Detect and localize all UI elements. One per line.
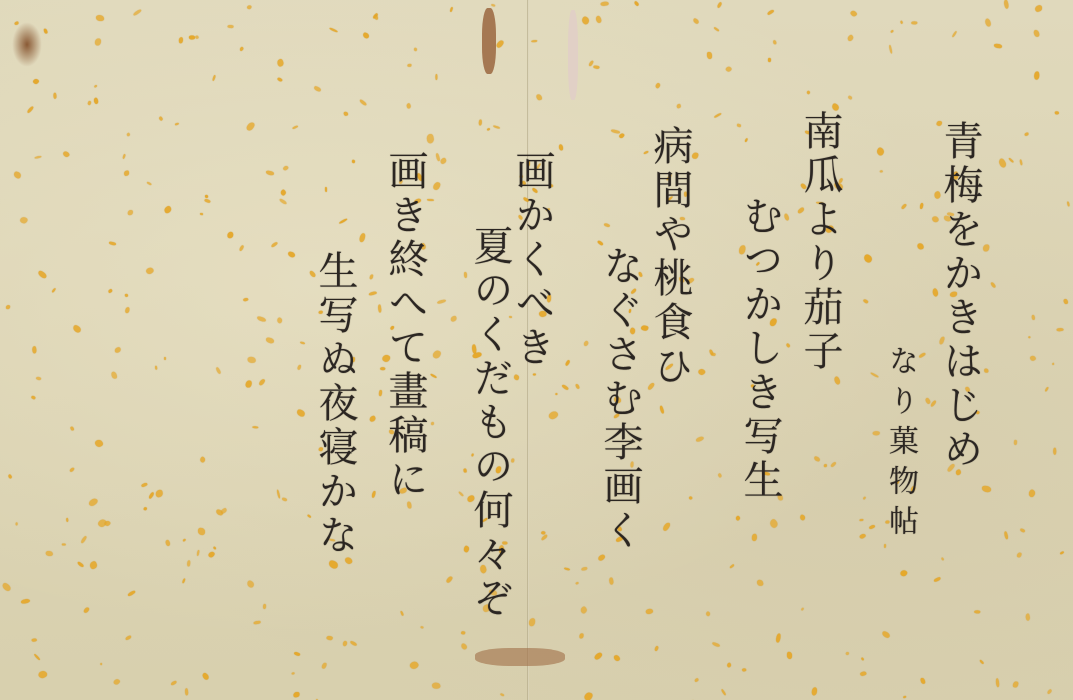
- gold-fleck: [292, 125, 298, 130]
- gold-fleck: [603, 222, 610, 228]
- gold-fleck: [773, 40, 777, 45]
- gold-fleck: [1055, 110, 1059, 114]
- gold-fleck: [941, 557, 945, 561]
- gold-fleck: [1057, 327, 1064, 331]
- gold-fleck: [858, 519, 863, 522]
- gold-fleck: [94, 85, 98, 89]
- gold-fleck: [757, 580, 764, 586]
- gold-fleck: [283, 164, 290, 171]
- gold-fleck: [252, 426, 258, 428]
- gold-fleck: [38, 669, 48, 679]
- gold-fleck: [440, 157, 447, 164]
- gold-fleck: [769, 518, 779, 528]
- gold-fleck: [710, 352, 715, 356]
- gold-fleck: [32, 78, 39, 85]
- gold-fleck: [984, 369, 988, 373]
- gold-fleck: [247, 4, 253, 10]
- gold-fleck: [7, 474, 12, 479]
- gold-fleck: [199, 456, 206, 463]
- gold-fleck: [528, 618, 535, 626]
- gold-fleck: [245, 121, 255, 132]
- gold-fleck: [95, 439, 104, 448]
- gold-fleck: [1060, 551, 1064, 555]
- gold-fleck: [165, 539, 171, 546]
- gold-fleck: [695, 435, 704, 442]
- gold-fleck: [258, 378, 266, 387]
- gold-fleck: [325, 187, 327, 192]
- pale-mark-top-center: [568, 10, 578, 100]
- gold-fleck: [69, 466, 75, 472]
- gold-fleck: [531, 40, 537, 42]
- gold-fleck: [414, 48, 418, 52]
- gold-fleck: [564, 568, 570, 571]
- gold-fleck: [198, 528, 205, 535]
- gold-fleck: [1052, 448, 1056, 456]
- gold-fleck: [742, 668, 747, 672]
- gold-fleck: [359, 233, 365, 242]
- gold-fleck: [207, 551, 215, 559]
- gold-fleck: [692, 18, 699, 25]
- gold-fleck: [245, 580, 254, 589]
- gold-fleck: [146, 181, 151, 186]
- gold-fleck: [6, 304, 11, 308]
- gold-fleck: [37, 270, 47, 279]
- gold-fleck: [1019, 529, 1025, 534]
- gold-fleck: [559, 144, 563, 151]
- gold-fleck: [212, 75, 216, 81]
- gold-fleck: [14, 21, 19, 25]
- gold-fleck: [307, 514, 312, 518]
- gold-fleck: [460, 643, 468, 651]
- gold-fleck: [32, 638, 37, 642]
- gold-fleck: [53, 93, 57, 99]
- gold-fleck: [446, 576, 453, 584]
- gold-fleck: [714, 112, 722, 118]
- gold-fleck: [995, 678, 1000, 687]
- gold-fleck: [215, 367, 221, 374]
- gold-fleck: [239, 47, 244, 52]
- gold-fleck: [87, 100, 91, 105]
- gold-fleck: [108, 288, 113, 292]
- gold-fleck: [94, 97, 100, 104]
- gold-fleck: [104, 520, 111, 527]
- gold-fleck: [848, 95, 853, 100]
- gold-fleck: [369, 415, 377, 422]
- gold-fleck: [437, 298, 447, 304]
- gold-fleck: [212, 547, 216, 551]
- gold-fleck: [581, 16, 590, 25]
- gold-fleck: [321, 662, 327, 669]
- calligraphy-column-9: 生写ぬ夜寝かな: [315, 250, 355, 558]
- gold-fleck: [96, 14, 104, 20]
- gold-fleck: [580, 633, 584, 638]
- gold-fleck: [881, 631, 890, 639]
- gold-fleck: [594, 651, 603, 660]
- gold-fleck: [159, 116, 164, 121]
- gold-fleck: [713, 26, 719, 32]
- gold-fleck: [461, 631, 465, 634]
- gold-fleck: [712, 642, 720, 647]
- gold-fleck: [1052, 362, 1055, 365]
- gold-fleck: [863, 496, 866, 500]
- gold-fleck: [1004, 0, 1010, 8]
- gold-fleck: [801, 607, 804, 611]
- gold-fleck: [807, 90, 811, 94]
- calligraphy-column-5: なぐさむ李画く: [600, 245, 640, 553]
- gold-fleck: [767, 10, 774, 17]
- gold-fleck: [127, 210, 132, 215]
- gold-fleck: [155, 366, 157, 370]
- gold-fleck: [113, 678, 121, 686]
- gold-fleck: [716, 2, 722, 9]
- gold-fleck: [282, 497, 288, 501]
- gold-fleck: [580, 606, 588, 614]
- gold-fleck: [30, 394, 35, 399]
- gold-fleck: [227, 231, 235, 239]
- gold-fleck: [917, 243, 923, 250]
- gold-fleck: [378, 304, 382, 312]
- gold-fleck: [431, 422, 435, 426]
- gold-fleck: [1033, 29, 1039, 37]
- gold-fleck: [718, 473, 722, 478]
- gold-fleck: [405, 103, 411, 110]
- gold-fleck: [62, 150, 69, 158]
- gold-fleck: [350, 641, 358, 647]
- gold-fleck: [1024, 133, 1029, 137]
- gold-fleck: [872, 431, 879, 436]
- calligraphy-column-6: 画かくべき: [512, 150, 552, 370]
- gold-fleck: [200, 213, 203, 216]
- gold-fleck: [184, 688, 188, 695]
- gold-fleck: [776, 633, 781, 642]
- calligraphy-column-1b: なり菓物帖: [885, 345, 915, 545]
- gold-fleck: [124, 170, 130, 176]
- gold-fleck: [782, 213, 789, 221]
- gold-fleck: [254, 621, 261, 624]
- gold-fleck: [920, 677, 925, 684]
- gold-fleck: [901, 203, 907, 210]
- gold-fleck: [737, 123, 742, 126]
- gold-fleck: [1, 582, 12, 592]
- gold-fleck: [541, 534, 548, 540]
- gold-fleck: [71, 427, 75, 431]
- gold-fleck: [991, 282, 996, 288]
- gold-fleck: [291, 673, 294, 676]
- gold-fleck: [1034, 72, 1039, 80]
- gold-fleck: [707, 52, 712, 59]
- gold-fleck: [618, 133, 624, 140]
- gold-fleck: [832, 376, 841, 386]
- gold-fleck: [183, 538, 186, 541]
- gold-fleck: [339, 218, 347, 224]
- gold-fleck: [479, 119, 482, 125]
- gold-fleck: [238, 245, 244, 252]
- gold-fleck: [182, 578, 186, 584]
- gold-fleck: [888, 45, 893, 54]
- gold-fleck: [1014, 440, 1018, 445]
- gold-fleck: [1017, 553, 1022, 559]
- gold-fleck: [266, 337, 275, 343]
- gold-fleck: [433, 182, 441, 191]
- gold-fleck: [744, 137, 748, 142]
- gold-fleck: [145, 267, 154, 276]
- gold-fleck: [1029, 355, 1036, 362]
- gold-fleck: [880, 170, 883, 173]
- gold-fleck: [122, 154, 126, 160]
- gold-fleck: [228, 24, 234, 28]
- gold-fleck: [979, 660, 985, 665]
- gold-fleck: [610, 129, 619, 133]
- gold-fleck: [344, 111, 349, 116]
- gold-fleck: [450, 7, 454, 12]
- gold-fleck: [89, 561, 98, 571]
- gold-fleck: [314, 85, 322, 91]
- gold-fleck: [88, 497, 99, 507]
- gold-fleck: [362, 32, 369, 39]
- gold-fleck: [584, 691, 593, 700]
- calligraphy-column-8: 画き終へて畫稿に: [385, 150, 425, 502]
- gold-fleck: [271, 241, 278, 248]
- calligraphy-column-4: 病間や桃食ひ: [650, 125, 690, 389]
- gold-fleck: [276, 77, 282, 83]
- gold-fleck: [720, 689, 726, 696]
- gold-fleck: [900, 569, 908, 577]
- gold-fleck: [487, 127, 491, 130]
- gold-fleck: [850, 10, 858, 18]
- gold-fleck: [246, 380, 252, 387]
- gold-fleck: [824, 464, 827, 467]
- calligraphy-column-2: 南瓜より茄子: [800, 110, 840, 374]
- gold-fleck: [205, 198, 212, 203]
- gold-fleck: [293, 692, 299, 698]
- gold-fleck: [125, 307, 130, 313]
- gold-fleck: [126, 636, 132, 641]
- gold-fleck: [94, 38, 100, 45]
- gold-fleck: [72, 324, 82, 333]
- gold-fleck: [1035, 5, 1043, 12]
- gold-fleck: [329, 27, 338, 33]
- gold-fleck: [726, 662, 732, 668]
- gold-fleck: [536, 93, 542, 100]
- calligraphy-column-7: 夏のくだもの何々ぞ: [470, 225, 510, 621]
- gold-fleck: [903, 696, 907, 699]
- gold-fleck: [401, 611, 405, 616]
- gold-fleck: [847, 35, 855, 42]
- gold-fleck: [409, 660, 420, 670]
- stain-mark-bottom-center: [475, 648, 565, 666]
- gold-fleck: [143, 507, 147, 510]
- gold-fleck: [26, 105, 34, 114]
- gold-fleck: [496, 39, 504, 48]
- gold-fleck: [163, 205, 172, 213]
- gold-fleck: [242, 297, 248, 302]
- gold-fleck: [694, 678, 699, 683]
- gold-fleck: [351, 159, 355, 163]
- gold-fleck: [149, 491, 155, 498]
- gold-fleck: [594, 64, 601, 68]
- gold-fleck: [576, 384, 581, 390]
- gold-fleck: [432, 682, 441, 689]
- gold-fleck: [595, 15, 603, 24]
- gold-fleck: [613, 654, 621, 662]
- gold-fleck: [294, 652, 300, 657]
- gold-fleck: [1004, 531, 1009, 540]
- gold-fleck: [140, 483, 147, 488]
- gold-fleck: [34, 155, 42, 159]
- gold-fleck: [814, 456, 821, 462]
- gold-fleck: [830, 461, 837, 468]
- gold-fleck: [80, 536, 86, 544]
- gold-fleck: [1047, 688, 1053, 693]
- gold-fleck: [982, 486, 991, 492]
- gold-fleck: [133, 8, 142, 16]
- gold-fleck: [124, 294, 128, 298]
- gold-fleck: [554, 393, 557, 396]
- gold-fleck: [435, 74, 438, 81]
- gold-fleck: [787, 652, 793, 659]
- gold-fleck: [688, 495, 693, 500]
- gold-fleck: [845, 652, 849, 656]
- gold-fleck: [46, 551, 53, 556]
- gold-fleck: [1064, 299, 1068, 304]
- gold-fleck: [1027, 336, 1030, 339]
- gold-fleck: [500, 693, 505, 697]
- gold-fleck: [698, 368, 706, 376]
- gold-fleck: [248, 356, 256, 362]
- gold-fleck: [912, 21, 918, 25]
- gold-fleck: [601, 1, 609, 6]
- gold-fleck: [276, 317, 284, 325]
- gold-fleck: [128, 590, 136, 596]
- gold-fleck: [597, 554, 606, 563]
- gold-fleck: [375, 16, 378, 20]
- gold-fleck: [705, 611, 711, 617]
- gold-fleck: [799, 514, 805, 521]
- gold-fleck: [659, 405, 665, 413]
- gold-fleck: [870, 372, 879, 378]
- gold-fleck: [189, 35, 196, 40]
- gold-fleck: [869, 524, 876, 530]
- gold-fleck: [654, 83, 660, 89]
- gold-fleck: [66, 518, 69, 523]
- calligraphy-column-3: むつかしき写生: [740, 195, 780, 503]
- gold-fleck: [514, 374, 521, 381]
- gold-fleck: [300, 341, 306, 344]
- gold-fleck: [62, 543, 66, 546]
- gold-fleck: [565, 360, 571, 367]
- gold-fleck: [1044, 387, 1048, 393]
- gold-fleck: [919, 352, 926, 358]
- gold-fleck: [287, 251, 295, 258]
- gold-fleck: [266, 170, 275, 175]
- gold-fleck: [32, 346, 37, 354]
- ink-stain-top-left: [12, 22, 42, 67]
- gold-fleck: [930, 400, 937, 407]
- gold-fleck: [188, 560, 191, 566]
- gold-fleck: [407, 502, 412, 509]
- gold-fleck: [811, 688, 816, 697]
- gold-fleck: [532, 373, 535, 376]
- gold-fleck: [178, 37, 182, 43]
- gold-fleck: [369, 274, 373, 279]
- gold-fleck: [77, 561, 85, 568]
- gold-fleck: [1013, 681, 1019, 687]
- manuscript-page: 青梅をかきはじめ なり菓物帖 南瓜より茄子 むつかしき写生 病間や桃食ひ なぐさ…: [0, 0, 1073, 700]
- gold-fleck: [127, 132, 131, 136]
- gold-fleck: [861, 657, 865, 661]
- gold-fleck: [458, 491, 464, 497]
- gold-fleck: [562, 384, 569, 390]
- gold-fleck: [220, 508, 227, 514]
- gold-fleck: [44, 29, 48, 34]
- gold-fleck: [112, 371, 118, 378]
- gold-fleck: [751, 534, 756, 541]
- gold-fleck: [1024, 613, 1030, 621]
- gold-fleck: [328, 560, 338, 569]
- gold-fleck: [33, 653, 40, 660]
- gold-fleck: [1032, 315, 1035, 320]
- gold-fleck: [372, 490, 376, 498]
- gold-fleck: [491, 3, 496, 6]
- gold-fleck: [1008, 157, 1014, 163]
- gold-fleck: [891, 30, 895, 33]
- gold-fleck: [974, 610, 980, 614]
- gold-fleck: [984, 18, 992, 27]
- gold-fleck: [16, 523, 18, 526]
- gold-fleck: [205, 194, 209, 197]
- gold-fleck: [114, 347, 121, 354]
- gold-fleck: [257, 316, 266, 322]
- gold-fleck: [425, 134, 434, 144]
- gold-fleck: [735, 515, 740, 520]
- gold-fleck: [1067, 201, 1070, 207]
- gold-fleck: [21, 597, 31, 604]
- gold-fleck: [654, 646, 659, 652]
- gold-fleck: [548, 410, 559, 421]
- gold-fleck: [430, 374, 438, 379]
- gold-fleck: [952, 31, 957, 38]
- gold-fleck: [900, 20, 903, 23]
- gold-fleck: [359, 99, 367, 106]
- gold-fleck: [170, 680, 177, 685]
- gold-fleck: [785, 343, 790, 348]
- gold-fleck: [326, 636, 333, 641]
- gold-fleck: [725, 66, 732, 73]
- gold-fleck: [197, 550, 200, 556]
- gold-fleck: [662, 521, 671, 531]
- gold-fleck: [859, 533, 866, 540]
- gold-fleck: [919, 202, 924, 209]
- gold-fleck: [109, 241, 117, 245]
- gold-fleck: [14, 171, 22, 179]
- stain-mark-top-center: [482, 8, 496, 74]
- gold-fleck: [174, 122, 178, 125]
- gold-fleck: [407, 64, 411, 67]
- gold-fleck: [608, 577, 613, 584]
- gold-fleck: [164, 357, 167, 360]
- gold-fleck: [342, 640, 348, 646]
- gold-fleck: [994, 44, 1002, 48]
- gold-fleck: [645, 607, 653, 614]
- gold-fleck: [278, 199, 286, 206]
- gold-fleck: [280, 189, 286, 195]
- gold-fleck: [1019, 159, 1023, 165]
- gold-fleck: [876, 147, 885, 156]
- gold-fleck: [369, 291, 377, 296]
- gold-fleck: [51, 287, 56, 293]
- gold-fleck: [581, 567, 587, 571]
- gold-fleck: [863, 254, 873, 264]
